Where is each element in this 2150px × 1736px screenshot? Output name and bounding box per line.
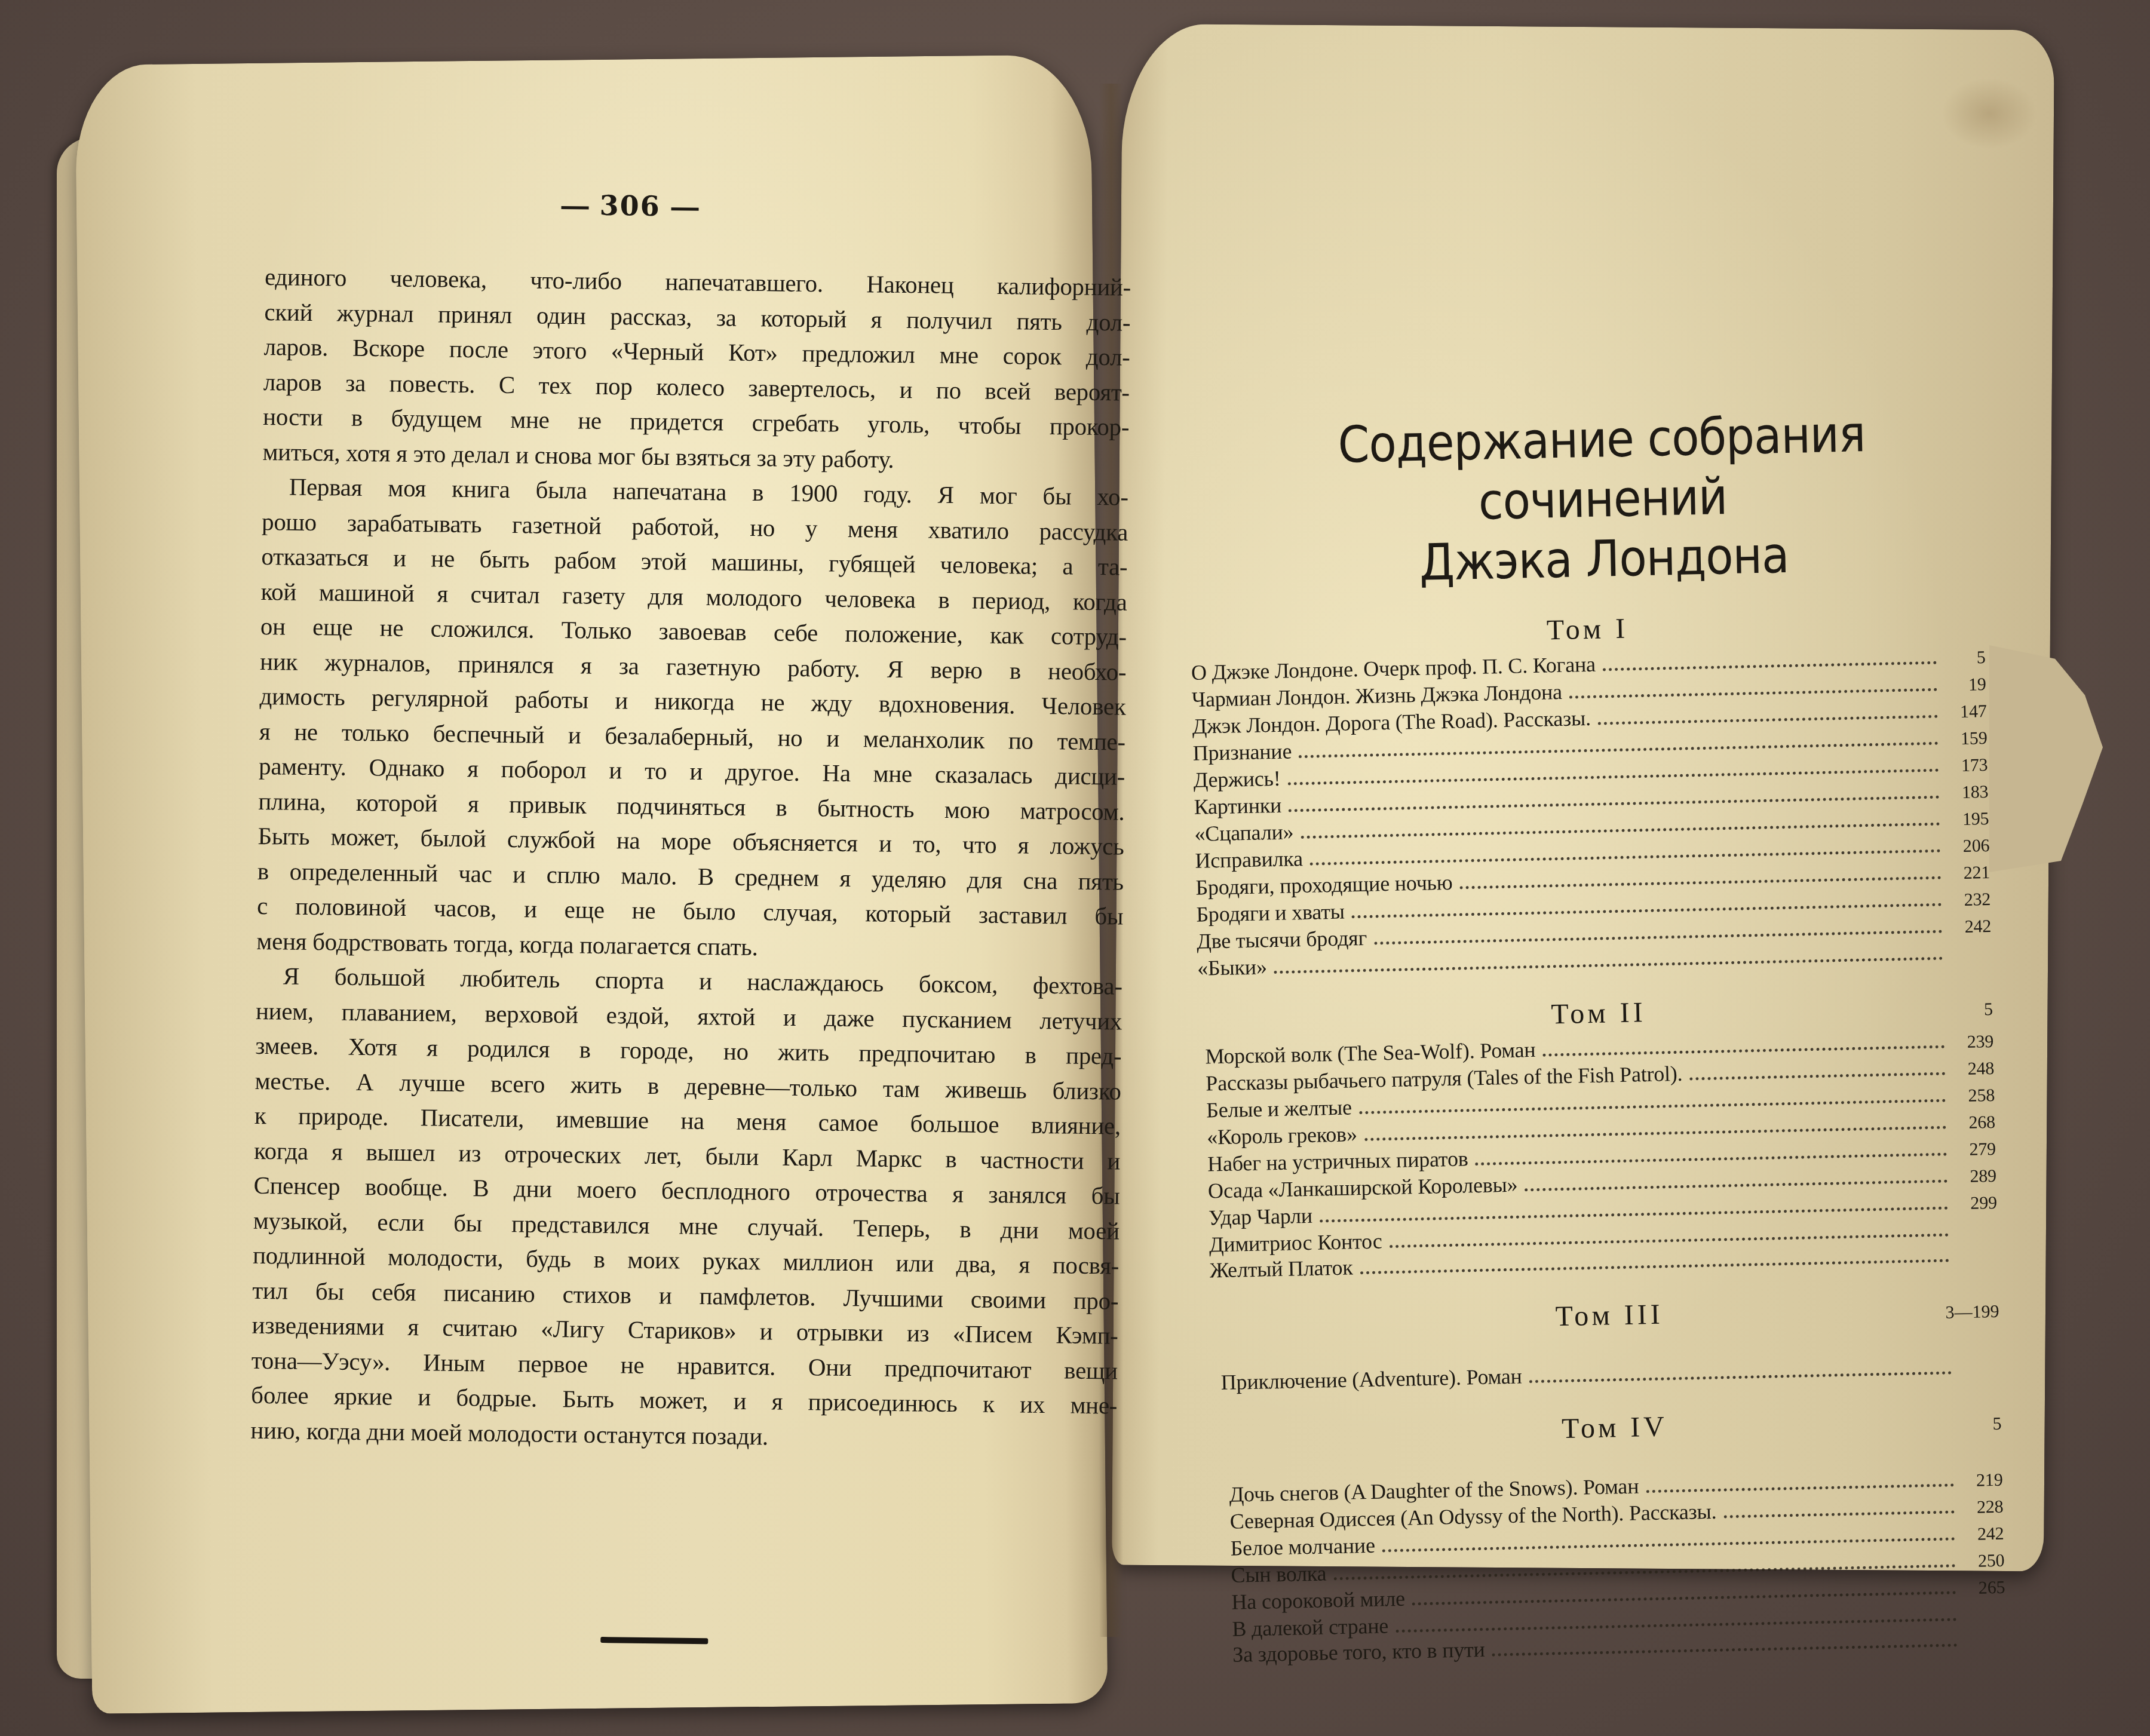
toc-entry-page: 195 bbox=[1947, 806, 1989, 832]
dot-leader bbox=[1598, 715, 1938, 725]
volume-heading-page: 5 bbox=[1992, 1414, 2002, 1434]
toc-entry-page: 159 bbox=[1945, 725, 1988, 752]
toc-entry-page: 221 bbox=[1948, 860, 1990, 886]
volume-1: Том I О Джэке Лондоне. Очерк проф. П. С.… bbox=[1190, 605, 1992, 982]
page-number-dash-left bbox=[562, 206, 589, 210]
toc-entry-title: «Быки» bbox=[1197, 954, 1267, 981]
paragraph-1: единого человека, что-либо напечатавшего… bbox=[262, 259, 1131, 480]
dot-leader bbox=[1274, 957, 1943, 974]
toc-entry-page: 173 bbox=[1946, 752, 1988, 778]
toc-entry-page: 268 bbox=[1953, 1109, 1996, 1136]
toc-entry-title: Бродяги, проходящие ночью bbox=[1195, 870, 1453, 901]
torn-page-edge bbox=[1989, 645, 2109, 872]
toc-entry-page: 228 bbox=[1961, 1494, 2004, 1520]
dot-leader bbox=[1603, 661, 1937, 671]
paragraph-2: Первая моя книга была напечатана в 1900 … bbox=[256, 469, 1128, 969]
volume-heading-label: Том I bbox=[1546, 613, 1628, 646]
toc-entry-page: 258 bbox=[1953, 1082, 1995, 1109]
toc-entry-page: 299 bbox=[1955, 1190, 1997, 1216]
toc-entry-page bbox=[1956, 1235, 1998, 1236]
dot-leader bbox=[1476, 1153, 1947, 1166]
toc-entry-title: Картинки bbox=[1194, 793, 1281, 820]
toc-entry-title: Димитриос Контос bbox=[1209, 1228, 1382, 1257]
toc-entry-page: 279 bbox=[1953, 1136, 1996, 1163]
toc-entry-title: Признание bbox=[1192, 738, 1292, 766]
open-book-photo: 306 единого человека, что-либо напечатав… bbox=[0, 0, 2150, 1736]
toc-entry-page bbox=[1964, 1620, 2005, 1621]
volume-heading-label: Том II bbox=[1551, 996, 1646, 1030]
toc-title-line-1: Содержание собрания сочинений bbox=[1222, 401, 1983, 537]
toc-entry-page: 239 bbox=[1952, 1029, 1994, 1055]
toc-title: Содержание собрания сочинений Джэка Лонд… bbox=[1222, 401, 1984, 597]
toc-entry-title: Приключение (Adventure). Роман bbox=[1220, 1364, 1522, 1396]
toc-entry-title: «Король греков» bbox=[1207, 1121, 1357, 1150]
toc-entry-page: 183 bbox=[1946, 779, 1989, 805]
toc-entry-page bbox=[1964, 1646, 2006, 1646]
volume-heading-label: Том IV bbox=[1562, 1410, 1669, 1444]
toc-entry-page: 242 bbox=[1962, 1521, 2004, 1547]
dot-leader bbox=[1690, 1072, 1946, 1081]
volume-2: Том II 5 Морской волк (The Sea-Wolf). Ро… bbox=[1204, 989, 1998, 1284]
volume-4: Том IV 5 Дочь снегов (A Daughter of the … bbox=[1228, 1403, 2006, 1668]
toc-entry-page: 232 bbox=[1949, 887, 1991, 913]
toc-entry-page: 265 bbox=[1963, 1575, 2005, 1601]
paragraph-3: Я большой любитель спорта и наслаждаюсь … bbox=[250, 958, 1122, 1458]
toc-entry-title: Белые и желтые bbox=[1206, 1094, 1352, 1123]
volume-heading-label: Том III bbox=[1555, 1299, 1664, 1333]
toc-entry-page: 206 bbox=[1947, 833, 1990, 859]
paper-stain bbox=[1942, 78, 2037, 149]
volume-3: Том III 3—199 Приключение (Adventure). Р… bbox=[1219, 1291, 2001, 1395]
toc-entry-title: Исправилка bbox=[1195, 846, 1303, 874]
dot-leader bbox=[1360, 1259, 1949, 1275]
toc-list: О Джэке Лондоне. Очерк проф. П. С. Коган… bbox=[1191, 643, 1992, 982]
table-of-contents: Содержание собрания сочинений Джэка Лонд… bbox=[1186, 401, 2007, 1673]
toc-entry-page: 289 bbox=[1954, 1163, 1996, 1189]
toc-entry-page bbox=[1956, 1261, 1998, 1262]
volume-heading-page: 3—199 bbox=[1945, 1302, 1999, 1323]
toc-entry-title: Две тысячи бродяг bbox=[1197, 925, 1367, 955]
toc-entry-title: Держись! bbox=[1193, 766, 1281, 793]
dot-leader bbox=[1646, 1483, 1953, 1493]
toc-list: Дочь снегов (A Daughter of the Snows). Р… bbox=[1229, 1466, 2006, 1668]
toc-entry-title: На сороковой миле bbox=[1231, 1586, 1405, 1615]
toc-entry-title: Сын волка bbox=[1231, 1560, 1327, 1588]
toc-entry-page bbox=[1959, 1373, 2001, 1374]
toc-list: Морской волк (The Sea-Wolf). Роман239 Ра… bbox=[1205, 1028, 1998, 1284]
toc-entry-title: Удар Чарли bbox=[1209, 1203, 1313, 1231]
toc-entry-title: Белое молчание bbox=[1230, 1533, 1375, 1562]
dot-leader bbox=[1525, 1180, 1947, 1192]
toc-entry-page: 242 bbox=[1949, 913, 1992, 940]
toc-entry-title: Желтый Платок bbox=[1209, 1255, 1353, 1283]
dot-leader bbox=[1543, 1045, 1945, 1057]
toc-entry-page: 19 bbox=[1944, 671, 1986, 698]
dot-leader bbox=[1529, 1372, 1952, 1384]
toc-entry-title: Бродяги и хваты bbox=[1196, 899, 1345, 928]
toc-entry-title: Набег на устричных пиратов bbox=[1207, 1146, 1468, 1177]
volume-heading-page: 5 bbox=[1984, 999, 1993, 1020]
toc-entry-title: За здоровье того, кто в пути bbox=[1232, 1637, 1485, 1668]
page-number-value: 306 bbox=[599, 189, 661, 222]
left-page-text: 306 единого человека, что-либо напечатав… bbox=[248, 185, 1132, 1649]
toc-entry-page: 147 bbox=[1944, 698, 1987, 725]
toc-entry-title: В далекой стране bbox=[1232, 1613, 1389, 1642]
dot-leader bbox=[1724, 1510, 1955, 1518]
dot-leader bbox=[1569, 688, 1937, 699]
dot-leader bbox=[1492, 1643, 1958, 1656]
toc-entry-title: «Сцапали» bbox=[1194, 819, 1294, 846]
toc-entry-page: 219 bbox=[1961, 1467, 2003, 1493]
toc-entry-page: 250 bbox=[1962, 1548, 2005, 1574]
page-number-dash-right bbox=[671, 207, 699, 211]
toc-entry-page: 5 bbox=[1943, 645, 1986, 671]
toc-entry-page: 248 bbox=[1952, 1056, 1995, 1082]
toc-entry-page bbox=[1950, 959, 1992, 959]
